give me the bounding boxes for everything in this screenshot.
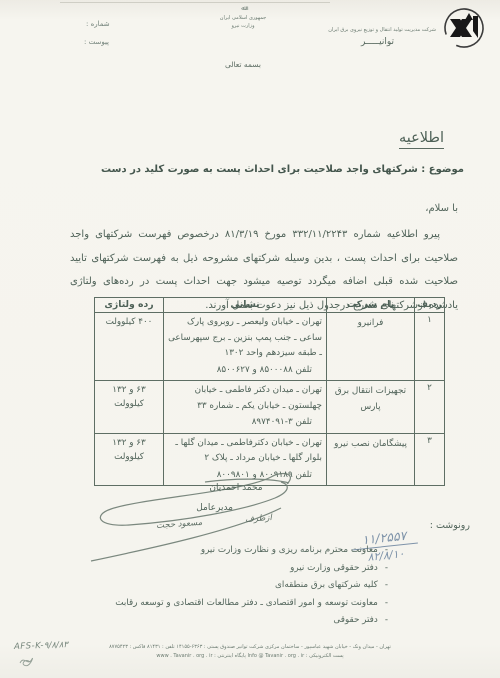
org-short-name: توانیـــــر	[361, 37, 394, 47]
col-header-address: نشانی	[164, 298, 327, 313]
list-item: -معاونت محترم برنامه ریزی و نظارت وزارت …	[115, 542, 388, 560]
col-header-row-no: ردیف	[415, 298, 445, 313]
signer-role: مدیرعامل	[183, 503, 233, 513]
address-phone: تلفن ۸۵۰۰۰۸۸ و ۸۵۰۰۶۲۷	[168, 363, 322, 379]
behalf-label: ازطرف	[245, 513, 272, 525]
copy-recipient: معاونت محترم برنامه ریزی و نظارت وزارت ن…	[201, 545, 378, 555]
table-row: ۱ فرانیرو تهران ـ خیابان ولیعصر ـ روبروی…	[95, 313, 445, 381]
list-item: -کلیه شرکتهای برق منطقه‌ای	[115, 577, 388, 595]
company-name: تجهیزات انتقال برق پارس	[327, 381, 415, 434]
copy-recipient: دفتر حقوقی وزارت نیرو	[290, 563, 378, 573]
dash-bullet: -	[385, 598, 388, 608]
gov-line1: جمهوری اسلامی ایران	[198, 14, 288, 23]
org-full-name: شرکت مدیریت تولید انتقال و توزیع نیروی ب…	[328, 27, 436, 33]
copies-list: -معاونت محترم برنامه ریزی و نظارت وزارت …	[115, 542, 388, 630]
iri-emblem-icon: ﷲ	[198, 5, 288, 14]
list-item: -دفتر حقوقی	[115, 612, 388, 630]
table-row: ۲ تجهیزات انتقال برق پارس تهران ـ میدان …	[95, 381, 445, 434]
letter-footer: تهران - میدان ونک - خیابان شهید عباسپور …	[80, 643, 420, 660]
gov-line2: وزارت نیرو	[198, 22, 288, 31]
dash-bullet: -	[385, 545, 388, 555]
company-name: فرانیرو	[327, 313, 415, 381]
notice-title: اطلاعیه	[399, 130, 444, 149]
body-line: صلاحیت برای احداث پست ، بدین وسیله شرکته…	[70, 247, 458, 271]
dash-bullet: -	[385, 615, 388, 625]
footer-address: تهران - میدان ونک - خیابان شهید عباسپور …	[80, 643, 420, 652]
company-address: تهران ـ خیابان ولیعصر ـ روبروی پارک ساعی…	[164, 313, 327, 381]
voltage-class: ۶۳ و ۱۳۲ کیلوولت	[95, 381, 164, 434]
copy-recipient: کلیه شرکتهای برق منطقه‌ای	[275, 580, 378, 590]
address-text: تهران ـ میدان دکتر فاطمی ـ خیابان چهلستو…	[168, 383, 322, 414]
number-label: شماره :	[86, 20, 110, 28]
handwritten-scribble	[16, 651, 52, 671]
list-item: -دفتر حقوقی وزارت نیرو	[115, 560, 388, 578]
companies-table: ردیف نام شرکت نشانی رده ولتاژی ۱ فرانیرو…	[94, 297, 445, 486]
dash-bullet: -	[385, 580, 388, 590]
company-address: تهران ـ میدان دکتر فاطمی ـ خیابان چهلستو…	[164, 381, 327, 434]
address-text: تهران ـ خیابان ولیعصر ـ روبروی پارک ساعی…	[168, 315, 322, 362]
scan-edge-line	[60, 2, 330, 3]
dash-bullet: -	[385, 563, 388, 573]
row-no: ۲	[415, 381, 445, 434]
address-phone: تلفن ۳-۸۹۷۴۰۹۱	[168, 415, 322, 431]
salutation: با سلام،	[425, 203, 458, 214]
company-name: پیشگامان نصب نیرو	[327, 433, 415, 486]
col-header-company: نام شرکت	[327, 298, 415, 313]
body-line: صلاحیت شده قبلی اضافه میگردد توصیه میشود…	[70, 270, 458, 294]
subject-line: موضوع : شرکتهای واجد صلاحیت برای احداث پ…	[101, 164, 464, 175]
row-no: ۳	[415, 433, 445, 486]
tavanir-logo-icon	[436, 4, 492, 52]
voltage-class: ۴۰۰ کیلوولت	[95, 313, 164, 381]
list-item: -معاونت توسعه و امور اقتصادی ـ دفتر مطال…	[115, 595, 388, 613]
attachment-label: پیوست :	[84, 38, 109, 46]
copies-label: رونوشت :	[430, 520, 470, 531]
col-header-voltage: رده ولتاژی	[95, 298, 164, 313]
table-header-row: ردیف نام شرکت نشانی رده ولتاژی	[95, 298, 445, 313]
address-text: تهران ـ خیابان دکترفاطمی ـ میدان گلها ـ …	[168, 436, 322, 467]
signer-name: محمد احمدیان	[196, 483, 276, 493]
footer-web-email: پست الکترونیکی : Info @ Tavanir . org . …	[80, 652, 420, 661]
copy-recipient: دفتر حقوقی	[333, 615, 377, 625]
body-line: پیرو اطلاعیه شماره ۳۳۲/۱۱/۲۲۴۳ مورخ ۸۱/۳…	[70, 223, 458, 247]
row-no: ۱	[415, 313, 445, 381]
bismillah-line: بسمه تعالی	[198, 60, 288, 69]
government-heading: ﷲ جمهوری اسلامی ایران وزارت نیرو	[198, 5, 288, 31]
copy-recipient: معاونت توسعه و امور اقتصادی ـ دفتر مطالع…	[115, 598, 378, 608]
scanned-letter-page: شرکت مدیریت تولید انتقال و توزیع نیروی ب…	[0, 0, 500, 678]
